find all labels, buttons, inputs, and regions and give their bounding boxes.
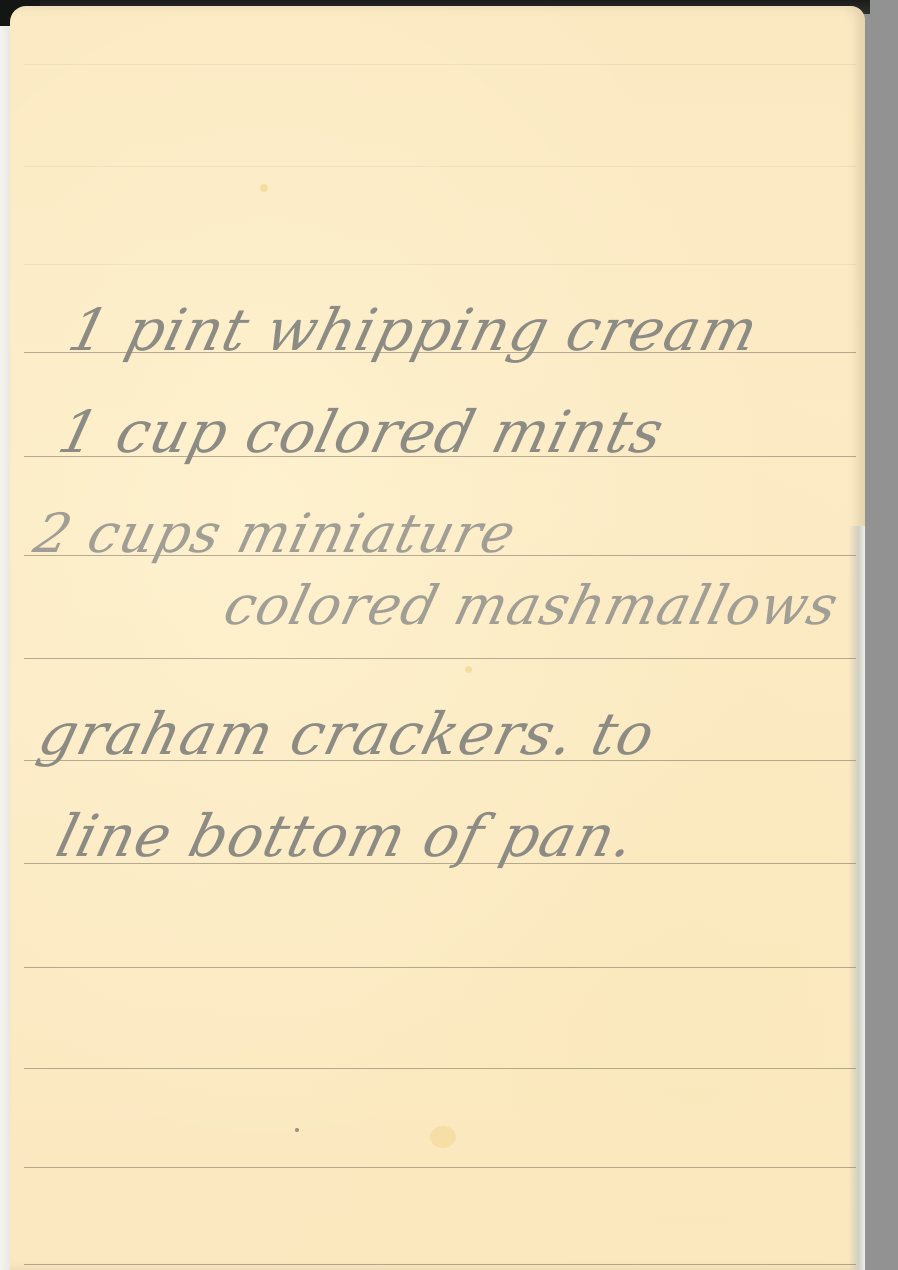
ruled-line [24,264,856,265]
recipe-line-colored-mints: 1 cup colored mints [52,398,671,466]
recipe-line-miniature: 2 cups miniature [28,502,523,565]
ruled-line [24,1068,856,1069]
paper-stain [465,666,472,673]
recipe-line-whipping-cream: 1 pint whipping cream [62,296,765,364]
scanned-page: 1 pint whipping cream 1 cup colored mint… [0,0,898,1270]
recipe-line-marshmallows: colored mashmallows [218,574,845,637]
ruled-line [24,658,856,659]
paper-speck [295,1128,299,1132]
recipe-line-graham-crackers: graham crackers. to [32,700,662,768]
ruled-line [24,64,856,65]
card-right-edge [849,526,865,1270]
ruled-line [24,1264,856,1265]
recipe-card: 1 pint whipping cream 1 cup colored mint… [10,6,865,1270]
paper-stain [430,1126,456,1148]
paper-stain [260,184,268,192]
ruled-line [24,166,856,167]
ruled-line [24,1167,856,1168]
recipe-line-bottom-of-pan: line bottom of pan. [50,802,643,870]
ruled-line [24,967,856,968]
